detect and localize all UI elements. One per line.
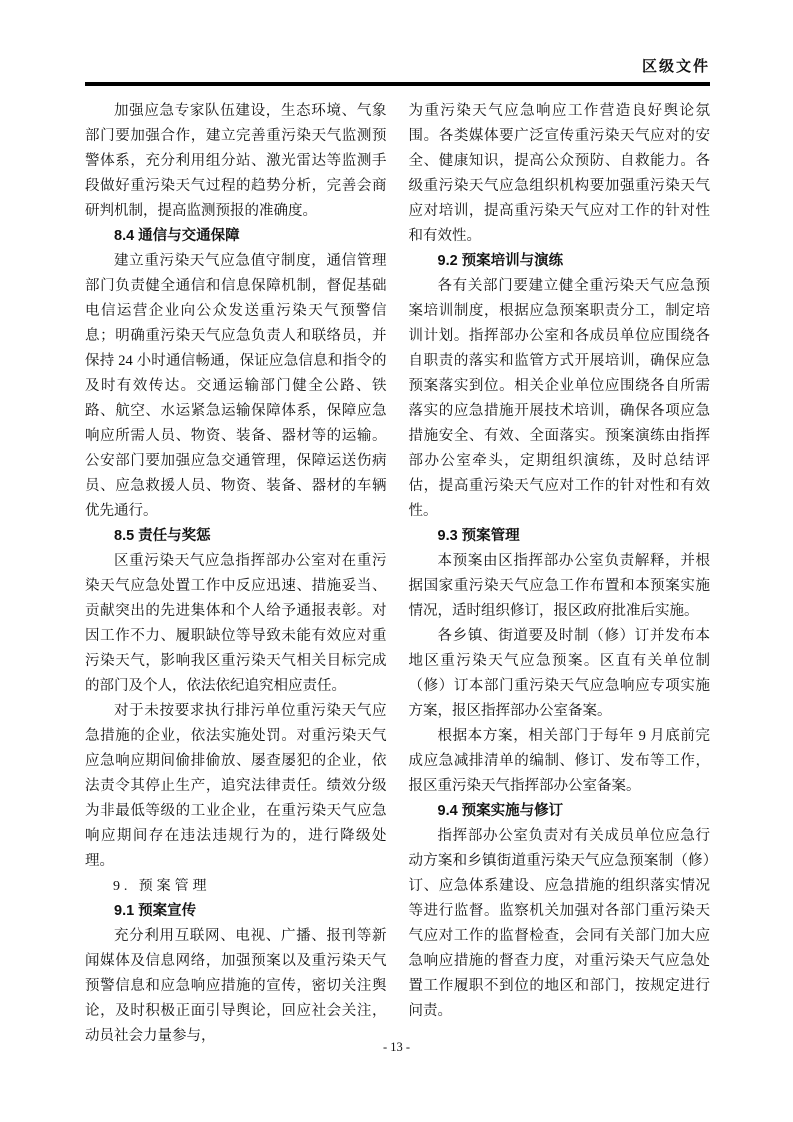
section-heading: 9.2 预案培训与演练 [409,249,711,274]
body-paragraph: 充分利用互联网、电视、广播、报刊等新闻媒体及信息网络，加强预案以及重污染天气预警… [85,924,387,1049]
section-heading: 8.4 通信与交通保障 [85,224,387,249]
header-rule [85,82,710,86]
body-paragraph: 指挥部办公室负责对有关成员单位应急行动方案和乡镇街道重污染天气应急预案制（修）订… [409,824,711,1024]
section-heading: 9.4 预案实施与修订 [409,799,711,824]
page-footer: - 13 - [0,1040,793,1055]
body-paragraph: 各乡镇、街道要及时制（修）订并发布本地区重污染天气应急预案。区直有关单位制（修）… [409,624,711,724]
section-heading: 8.5 责任与奖惩 [85,524,387,549]
section-heading: 9.3 预案管理 [409,524,711,549]
body-paragraph: 为重污染天气应急响应工作营造良好舆论氛围。各类媒体要广泛宣传重污染天气应对的安全… [409,99,711,249]
content-columns: 加强应急专家队伍建设，生态环境、气象部门要加强合作，建立完善重污染天气监测预警体… [85,99,710,1032]
body-paragraph: 区重污染天气应急指挥部办公室对在重污染天气应急处置工作中反应迅速、措施妥当、贡献… [85,549,387,699]
page-header: 区级文件 [85,55,710,76]
body-paragraph: 各有关部门要建立健全重污染天气应急预案培训制度，根据应急预案职责分工，制定培训计… [409,274,711,524]
document-page: 区级文件 加强应急专家队伍建设，生态环境、气象部门要加强合作，建立完善重污染天气… [0,0,793,1122]
page-number: - 13 - [383,1040,410,1054]
left-column: 加强应急专家队伍建设，生态环境、气象部门要加强合作，建立完善重污染天气监测预警体… [85,99,387,1032]
section-heading: 9.1 预案宣传 [85,899,387,924]
body-paragraph: 对于未按要求执行排污单位重污染天气应急措施的企业，依法实施处罚。对重污染天气应急… [85,699,387,874]
header-doc-type-label: 区级文件 [642,59,710,75]
body-paragraph: 建立重污染天气应急值守制度，通信管理部门负责健全通信和信息保障机制，督促基础电信… [85,249,387,524]
chapter-heading: 9. 预案管理 [85,874,387,899]
right-column: 为重污染天气应急响应工作营造良好舆论氛围。各类媒体要广泛宣传重污染天气应对的安全… [409,99,711,1032]
body-paragraph: 本预案由区指挥部办公室负责解释，并根据国家重污染天气应急工作布置和本预案实施情况… [409,549,711,624]
body-paragraph: 加强应急专家队伍建设，生态环境、气象部门要加强合作，建立完善重污染天气监测预警体… [85,99,387,224]
body-paragraph: 根据本方案，相关部门于每年 9 月底前完成应急减排清单的编制、修订、发布等工作，… [409,724,711,799]
